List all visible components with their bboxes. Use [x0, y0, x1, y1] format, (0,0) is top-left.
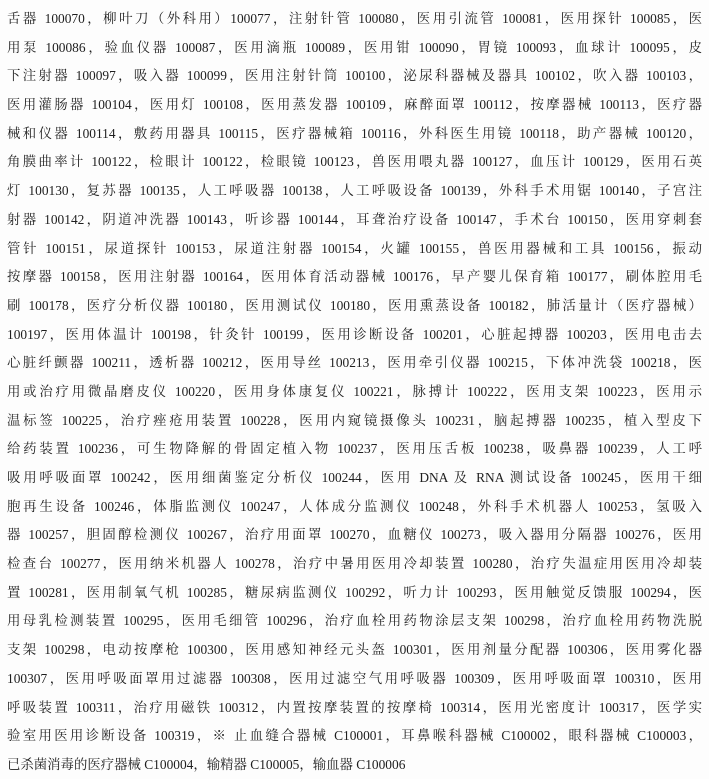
text-line: 管针 100151，尿道探针 100153，尿道注射器 100154，火罐 10…	[7, 235, 702, 264]
text-line: 器 100257，胆固醇检测仪 100267，治疗用面罩 100270，血糖仪 …	[7, 521, 702, 550]
text-line: 刷 100178，医疗分析仪器 100180，医用测试仪 100180，医用熏蒸…	[7, 292, 702, 321]
text-line: 械和仪器 100114，敷药用器具 100115，医疗器械箱 100116，外科…	[7, 120, 702, 149]
text-line: 验室用医用诊断设备 100319，※ 止血缝合器械 C100001，耳鼻喉科器械…	[7, 722, 702, 751]
text-line: 用泵 100086，验血仪器 100087，医用滴瓶 100089，医用钳 10…	[7, 34, 702, 63]
goods-list-paragraph: 舌器 100070，柳叶刀（外科用）100077，注射针管 100080，医用引…	[7, 5, 702, 779]
text-line: 支架 100298，电动按摩枪 100300，医用感知神经元头盔 100301，…	[7, 636, 702, 665]
text-line: 已杀菌消毒的医疗器械 C100004，输精器 C100005，输血器 C1000…	[7, 751, 702, 779]
text-line: 角膜曲率计 100122，检眼计 100122，检眼镜 100123，兽医用喂丸…	[7, 148, 702, 177]
text-line: 置 100281，医用制氧气机 100285，糖尿病监测仪 100292，听力计…	[7, 579, 702, 608]
text-line: 用或治疗用微晶磨皮仪 100220，医用身体康复仪 100221，脉搏计 100…	[7, 378, 702, 407]
text-line: 按摩器 100158，医用注射器 100164，医用体育活动器械 100176，…	[7, 263, 702, 292]
text-line: 射器 100142，阴道冲洗器 100143，听诊器 100144，耳聋治疗设备…	[7, 206, 702, 235]
text-line: 检查台 100277，医用纳米机器人 100278，治疗中暑用医用冷却装置 10…	[7, 550, 702, 579]
text-line: 下注射器 100097，吸入器 100099，医用注射针筒 100100，泌尿科…	[7, 62, 702, 91]
text-line: 100197，医用体温计 100198，针灸针 100199，医用诊断设备 10…	[7, 321, 702, 350]
text-line: 100307，医用呼吸面罩用过滤器 100308，医用过滤空气用呼吸器 1003…	[7, 665, 702, 694]
text-line: 医用灌肠器 100104，医用灯 100108，医用蒸发器 100109，麻醉面…	[7, 91, 702, 120]
text-line: 胞再生设备 100246，体脂监测仪 100247，人体成分监测仪 100248…	[7, 493, 702, 522]
text-line: 吸用呼吸面罩 100242，医用细菌鉴定分析仪 100244，医用 DNA 及 …	[7, 464, 702, 493]
text-line: 心脏纤颤器 100211，透析器 100212，医用导丝 100213，医用牵引…	[7, 349, 702, 378]
text-line: 呼吸装置 100311，治疗用磁铁 100312，内置按摩装置的按摩椅 1003…	[7, 694, 702, 723]
text-line: 用母乳检测装置 100295，医用毛细管 100296，治疗血栓用药物涂层支架 …	[7, 607, 702, 636]
text-line: 灯 100130，复苏器 100135，人工呼吸器 100138，人工呼吸设备 …	[7, 177, 702, 206]
text-line: 温标签 100225，治疗痤疮用装置 100228，医用内窥镜摄像头 10023…	[7, 407, 702, 436]
document-page: 舌器 100070，柳叶刀（外科用）100077，注射针管 100080，医用引…	[0, 0, 709, 779]
text-line: 舌器 100070，柳叶刀（外科用）100077，注射针管 100080，医用引…	[7, 5, 702, 34]
text-line: 给药装置 100236，可生物降解的骨固定植入物 100237，医用压舌板 10…	[7, 435, 702, 464]
